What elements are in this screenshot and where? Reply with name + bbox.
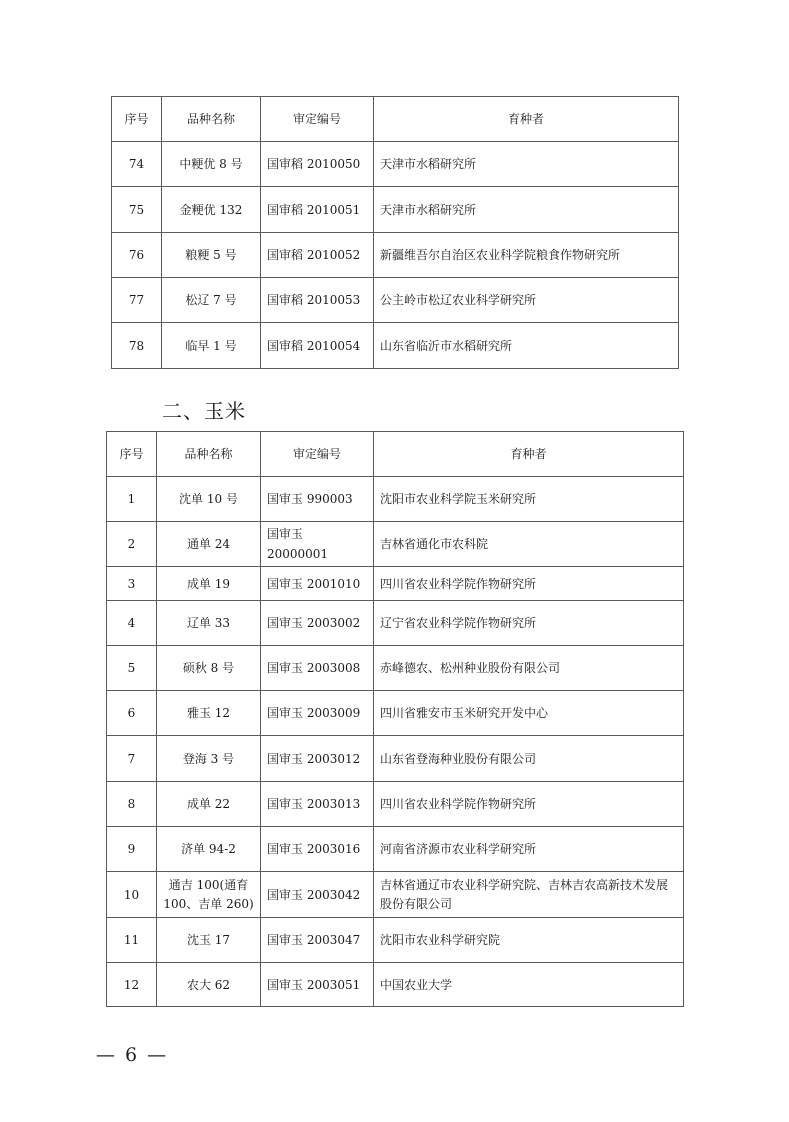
header-variety-name: 品种名称: [162, 97, 261, 142]
cell-index: 4: [107, 601, 157, 646]
cell-index: 77: [112, 278, 162, 323]
cell-variety-name: 中粳优 8 号: [162, 142, 261, 187]
cell-breeder: 山东省临沂市水稻研究所: [374, 323, 679, 369]
cell-variety-name: 通单 24: [157, 522, 261, 567]
cell-variety-name: 粮粳 5 号: [162, 233, 261, 278]
cell-variety-name: 农大 62: [157, 963, 261, 1007]
cell-approval-no: 国审玉 2003051: [261, 963, 374, 1007]
cell-breeder: 沈阳市农业科学院玉米研究所: [374, 477, 684, 522]
table-row: 7 登海 3 号 国审玉 2003012 山东省登海种业股份有限公司: [107, 736, 684, 782]
cell-index: 74: [112, 142, 162, 187]
table-row: 76 粮粳 5 号 国审稻 2010052 新疆维吾尔自治区农业科学院粮食作物研…: [112, 233, 679, 278]
header-breeder: 育种者: [374, 432, 684, 477]
cell-approval-no: 国审玉 2003042: [261, 872, 374, 918]
cell-breeder: 四川省农业科学院作物研究所: [374, 567, 684, 601]
cell-breeder: 赤峰德农、松州种业股份有限公司: [374, 646, 684, 691]
cell-variety-name: 硕秋 8 号: [157, 646, 261, 691]
cell-variety-name: 松辽 7 号: [162, 278, 261, 323]
cell-approval-no: 国审玉 2003047: [261, 918, 374, 963]
section-heading-corn: 二、玉米: [162, 395, 246, 424]
table-row: 1 沈单 10 号 国审玉 990003 沈阳市农业科学院玉米研究所: [107, 477, 684, 522]
table-row: 10 通吉 100(通育 100、吉单 260) 国审玉 2003042 吉林省…: [107, 872, 684, 918]
cell-index: 8: [107, 782, 157, 827]
cell-breeder: 山东省登海种业股份有限公司: [374, 736, 684, 782]
corn-varieties-table: 序号 品种名称 审定编号 育种者 1 沈单 10 号 国审玉 990003 沈阳…: [106, 431, 684, 1007]
cell-index: 6: [107, 691, 157, 736]
cell-approval-no: 国审稻 2010054: [261, 323, 374, 369]
cell-breeder: 中国农业大学: [374, 963, 684, 1007]
cell-breeder: 沈阳市农业科学研究院: [374, 918, 684, 963]
cell-approval-no: 国审稻 2010051: [261, 187, 374, 233]
cell-approval-no: 国审稻 2010050: [261, 142, 374, 187]
cell-approval-no: 国审玉 2003012: [261, 736, 374, 782]
table-row: 4 辽单 33 国审玉 2003002 辽宁省农业科学院作物研究所: [107, 601, 684, 646]
table-row: 3 成单 19 国审玉 2001010 四川省农业科学院作物研究所: [107, 567, 684, 601]
cell-approval-no: 国审玉 2003009: [261, 691, 374, 736]
cell-index: 2: [107, 522, 157, 567]
cell-approval-no: 国审玉 2003008: [261, 646, 374, 691]
table-row: 75 金粳优 132 国审稻 2010051 天津市水稻研究所: [112, 187, 679, 233]
table-row: 11 沈玉 17 国审玉 2003047 沈阳市农业科学研究院: [107, 918, 684, 963]
cell-index: 9: [107, 827, 157, 872]
cell-variety-name: 沈单 10 号: [157, 477, 261, 522]
rice-varieties-table: 序号 品种名称 审定编号 育种者 74 中粳优 8 号 国审稻 2010050 …: [111, 96, 679, 369]
cell-index: 75: [112, 187, 162, 233]
cell-breeder: 四川省农业科学院作物研究所: [374, 782, 684, 827]
cell-variety-name: 登海 3 号: [157, 736, 261, 782]
header-index: 序号: [112, 97, 162, 142]
table-header-row: 序号 品种名称 审定编号 育种者: [107, 432, 684, 477]
cell-index: 78: [112, 323, 162, 369]
table-header-row: 序号 品种名称 审定编号 育种者: [112, 97, 679, 142]
table-row: 74 中粳优 8 号 国审稻 2010050 天津市水稻研究所: [112, 142, 679, 187]
cell-breeder: 四川省雅安市玉米研究开发中心: [374, 691, 684, 736]
page-number: — 6 —: [96, 1044, 168, 1066]
cell-variety-name: 辽单 33: [157, 601, 261, 646]
table-row: 78 临早 1 号 国审稻 2010054 山东省临沂市水稻研究所: [112, 323, 679, 369]
header-breeder: 育种者: [374, 97, 679, 142]
cell-breeder: 河南省济源市农业科学研究所: [374, 827, 684, 872]
cell-breeder: 新疆维吾尔自治区农业科学院粮食作物研究所: [374, 233, 679, 278]
cell-approval-no: 国审玉 2003016: [261, 827, 374, 872]
table-row: 6 雅玉 12 国审玉 2003009 四川省雅安市玉米研究开发中心: [107, 691, 684, 736]
cell-breeder: 天津市水稻研究所: [374, 187, 679, 233]
header-approval-no: 审定编号: [261, 97, 374, 142]
cell-breeder: 吉林省通辽市农业科学研究院、吉林吉农高新技术发展股份有限公司: [374, 872, 684, 918]
cell-variety-name: 临早 1 号: [162, 323, 261, 369]
table-row: 2 通单 24 国审玉 20000001 吉林省通化市农科院: [107, 522, 684, 567]
cell-breeder: 公主岭市松辽农业科学研究所: [374, 278, 679, 323]
cell-index: 1: [107, 477, 157, 522]
table-row: 77 松辽 7 号 国审稻 2010053 公主岭市松辽农业科学研究所: [112, 278, 679, 323]
cell-approval-no: 国审玉 2003013: [261, 782, 374, 827]
cell-breeder: 天津市水稻研究所: [374, 142, 679, 187]
cell-approval-no: 国审稻 2010052: [261, 233, 374, 278]
cell-index: 12: [107, 963, 157, 1007]
cell-index: 7: [107, 736, 157, 782]
table-row: 12 农大 62 国审玉 2003051 中国农业大学: [107, 963, 684, 1007]
header-variety-name: 品种名称: [157, 432, 261, 477]
cell-approval-no: 国审玉 2003002: [261, 601, 374, 646]
cell-variety-name: 金粳优 132: [162, 187, 261, 233]
header-approval-no: 审定编号: [261, 432, 374, 477]
cell-breeder: 辽宁省农业科学院作物研究所: [374, 601, 684, 646]
cell-variety-name: 济单 94-2: [157, 827, 261, 872]
cell-index: 10: [107, 872, 157, 918]
cell-variety-name: 通吉 100(通育 100、吉单 260): [157, 872, 261, 918]
cell-index: 11: [107, 918, 157, 963]
cell-approval-no: 国审玉 990003: [261, 477, 374, 522]
cell-variety-name: 雅玉 12: [157, 691, 261, 736]
cell-approval-no: 国审玉 2001010: [261, 567, 374, 601]
cell-approval-no: 国审玉 20000001: [261, 522, 374, 567]
cell-variety-name: 成单 19: [157, 567, 261, 601]
cell-index: 5: [107, 646, 157, 691]
cell-index: 76: [112, 233, 162, 278]
cell-index: 3: [107, 567, 157, 601]
table-row: 9 济单 94-2 国审玉 2003016 河南省济源市农业科学研究所: [107, 827, 684, 872]
cell-variety-name: 沈玉 17: [157, 918, 261, 963]
table-row: 8 成单 22 国审玉 2003013 四川省农业科学院作物研究所: [107, 782, 684, 827]
cell-approval-no: 国审稻 2010053: [261, 278, 374, 323]
table-row: 5 硕秋 8 号 国审玉 2003008 赤峰德农、松州种业股份有限公司: [107, 646, 684, 691]
cell-variety-name: 成单 22: [157, 782, 261, 827]
header-index: 序号: [107, 432, 157, 477]
cell-breeder: 吉林省通化市农科院: [374, 522, 684, 567]
